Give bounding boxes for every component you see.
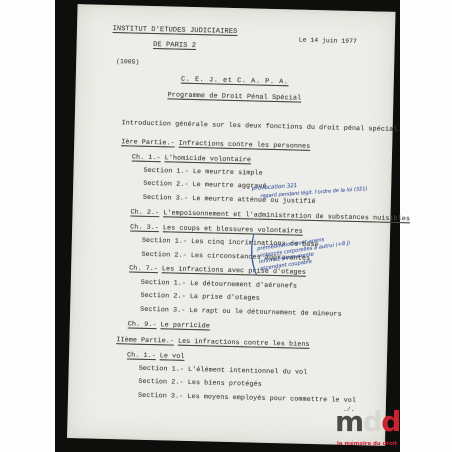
logo-letter-d1: d bbox=[363, 405, 382, 438]
outline-title: Le parricide bbox=[160, 321, 210, 330]
outline-label: IIème Partie.- bbox=[116, 336, 174, 345]
outline-label: Ch. 1.- bbox=[132, 153, 161, 162]
logo-tagline: la mémoire du droit bbox=[337, 441, 399, 447]
institution-name-line1: INSTITUT D'ETUDES JUDICIAIRES bbox=[113, 25, 238, 36]
reference-number: (1005) bbox=[116, 58, 139, 66]
outline-label: Ière Partie.- bbox=[121, 138, 175, 147]
logo-letter-d2: d bbox=[381, 405, 400, 438]
outline-label: Ch. 9.- bbox=[128, 320, 157, 329]
course-line: C. E. J. et C. A. P. A. bbox=[76, 73, 394, 89]
document-date: Le 14 juin 1977 bbox=[299, 37, 357, 45]
photo-backdrop: INSTITUT D'ETUDES JUDICIAIRES DE PARIS 2… bbox=[55, 0, 400, 452]
outline-title: L'homicide volontaire bbox=[165, 154, 252, 164]
institution-name-line2: DE PARIS 2 bbox=[153, 41, 196, 50]
document-title: Programme de Droit Pénal Spécial bbox=[75, 89, 393, 105]
course-abbreviations: C. E. J. et C. A. P. A. bbox=[181, 76, 289, 87]
outline-title: Le vol bbox=[160, 352, 185, 361]
institution-header: INSTITUT D'ETUDES JUDICIAIRES DE PARIS 2 bbox=[106, 22, 243, 55]
syllabus-outline: Ière Partie.-Infractions contre les pers… bbox=[68, 132, 392, 409]
outline-label: Ch. 3.- bbox=[130, 223, 159, 232]
logo-letter-m: m bbox=[335, 405, 363, 438]
outline-title: Les infractions contre les biens bbox=[178, 337, 310, 348]
outline-title: L'empoisonnement et l'administration de … bbox=[163, 209, 410, 223]
outline-label: Ch. 2.- bbox=[130, 208, 159, 217]
mdd-logo: mdd bbox=[335, 407, 400, 437]
outline-label: Ch. 7.- bbox=[129, 265, 158, 274]
introduction-line: Introduction générale sur les deux fonct… bbox=[122, 119, 402, 134]
outline-title: Infractions contre les personnes bbox=[179, 139, 311, 150]
outline-label: Ch. 1.- bbox=[127, 351, 156, 360]
outline-title: Les coups et blessures volontaires bbox=[163, 224, 303, 235]
scan-canvas: INSTITUT D'ETUDES JUDICIAIRES DE PARIS 2… bbox=[0, 0, 452, 452]
document-page: INSTITUT D'ETUDES JUDICIAIRES DE PARIS 2… bbox=[67, 4, 396, 446]
